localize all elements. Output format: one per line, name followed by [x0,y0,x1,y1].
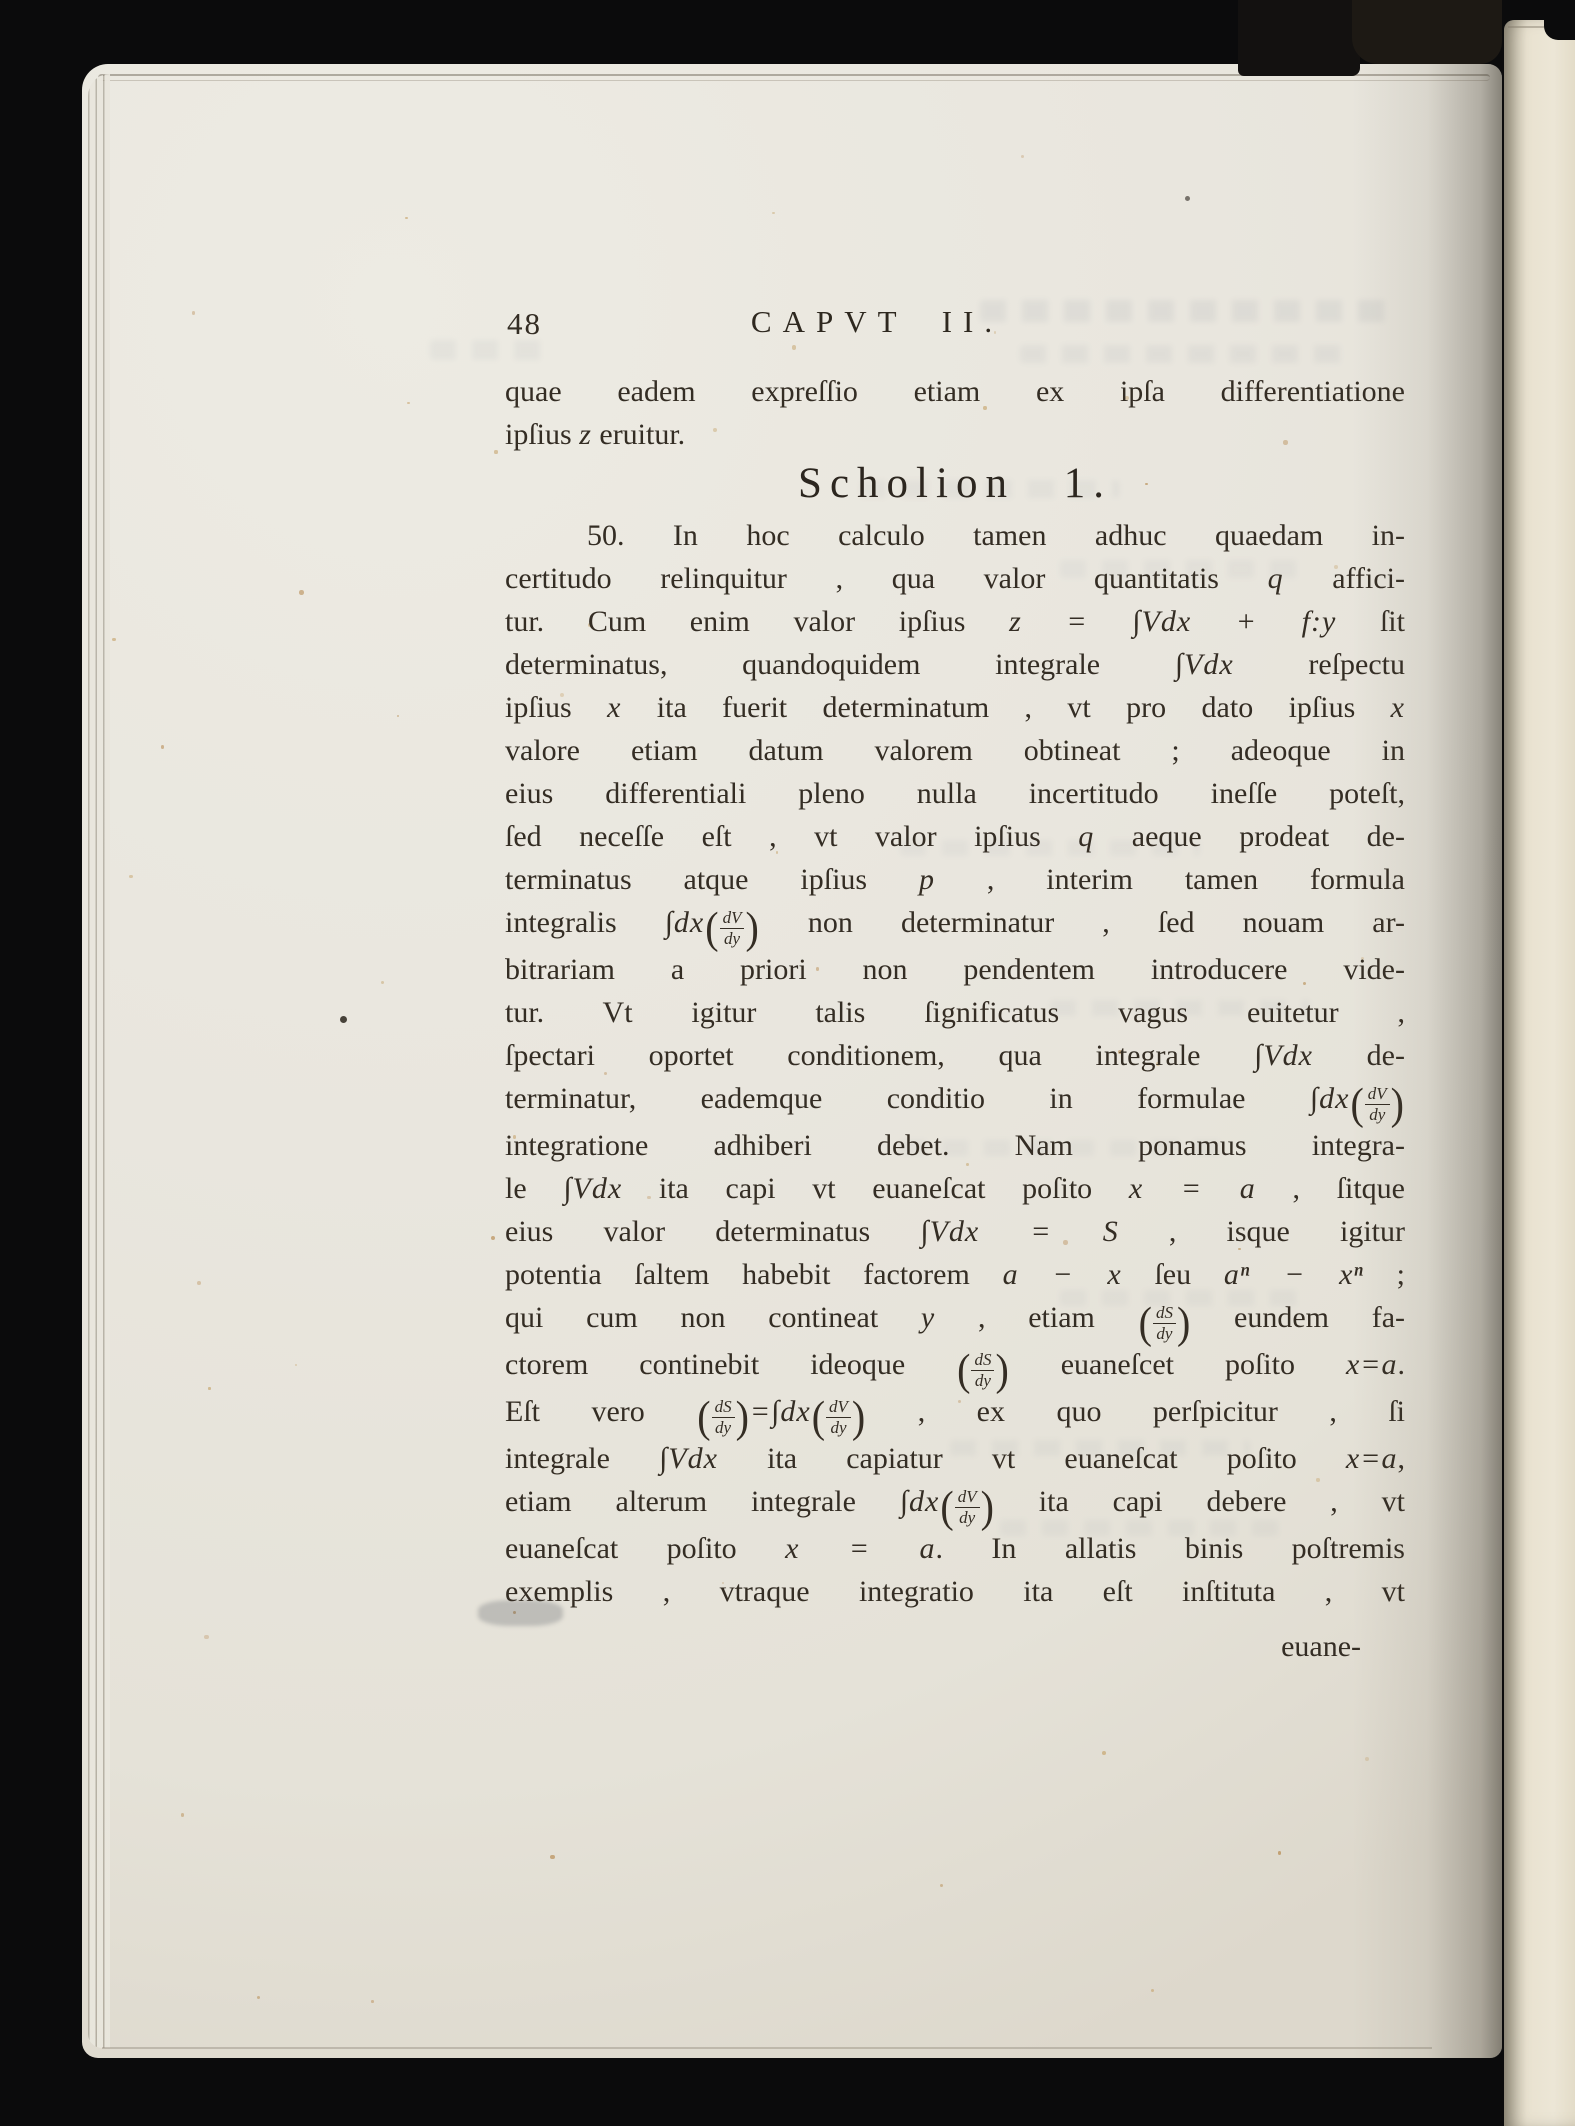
text-line: integralis ∫dx(dVdy) non determinatur , … [505,901,1405,948]
paren-open-icon: ( [939,1485,954,1530]
paper-speck [1278,1851,1281,1854]
paper-speck [204,1635,208,1639]
text-line: etiam alterum integrale ∫dx(dVdy) ita ca… [505,1480,1405,1527]
paper-speck [112,638,116,642]
text-line: eius valor determinatus ∫Vdx = S , isque… [505,1210,1405,1253]
text-line: ipſius x ita fuerit determinatum , vt pr… [505,686,1405,729]
fraction-denominator: dy [1156,1324,1172,1343]
text-line: certitudo relinquitur , qua valor quanti… [505,557,1405,600]
text-line: terminatur, eademque conditio in formula… [505,1077,1405,1124]
math-inline: y [921,1301,935,1334]
paper-speck [295,1364,297,1366]
fraction-numerator: dS [971,1351,994,1371]
math-inline: x = a [1129,1172,1256,1205]
text-block: 48 CAPVT II. quae eadem expreſſio etiam … [505,300,1405,1668]
section-heading: Scholion 1. [505,458,1405,510]
fraction-denominator: dy [715,1418,731,1437]
book-binding-fragment [1352,0,1502,64]
math-inline: ∫Vdx [563,1172,622,1205]
paper-speck [181,1813,184,1816]
text-line: qui cum non contineat y , etiam (dSdy) e… [505,1296,1405,1343]
fraction-stack: dSdy [1153,1304,1176,1343]
paren-close-icon: ) [994,1348,1009,1393]
fraction-stack: dVdy [955,1488,980,1527]
paper-speck [407,402,409,404]
text-line: euaneſcat poſito x = a. In allatis binis… [505,1527,1405,1570]
paren-open-icon: ( [1138,1301,1153,1346]
text-line: 50. In hoc calculo tamen adhuc quaedam i… [505,514,1405,557]
paper-speck [491,1236,495,1240]
catchword: euane- [505,1625,1405,1668]
fraction-stack: dSdy [712,1398,735,1437]
math-inline: ∫Vdx [1254,1039,1313,1072]
paper-speck [208,1387,210,1389]
paper-speck [299,590,303,594]
fraction-denominator: dy [975,1371,991,1390]
math-fraction: (dSdy) [956,1350,1010,1390]
paper-speck [161,745,165,749]
math-fraction: (dVdy) [939,1487,995,1527]
text-line: exemplis , vtraque integratio ita eſt in… [505,1570,1405,1613]
fraction-stack: dVdy [720,909,745,948]
book-page: 48 CAPVT II. quae eadem expreſſio etiam … [82,64,1502,2058]
math-inline: q [1078,820,1094,853]
paren-open-icon: ( [696,1395,711,1440]
math-inline: aⁿ − xⁿ [1224,1258,1364,1291]
math-fraction: (dSdy) [1138,1303,1192,1343]
paper-speck [494,450,497,453]
page-edge-bottom [102,2047,1432,2049]
math-inline: x = a [785,1532,935,1565]
paren-close-icon: ) [851,1395,866,1440]
fraction-stack: dVdy [826,1398,851,1437]
paper-speck [1102,1751,1106,1755]
text-line: integrale ∫Vdx ita capiatur vt euaneſcat… [505,1437,1405,1480]
fraction-numerator: dV [720,909,745,929]
book-cover-fragment [1238,0,1360,76]
math-inline: ∫dx [665,906,705,939]
math-inline: ∫Vdx [659,1442,718,1475]
adjacent-page-edge [1504,20,1575,2126]
math-inline: =∫dx [750,1395,811,1428]
gutter-shadow [1352,64,1502,2058]
math-inline: p [919,863,935,896]
math-inline: x [607,691,621,724]
ink-spot [340,1016,347,1023]
math-fraction: (dVdy) [704,908,760,948]
paper-speck [1151,1989,1154,1992]
paren-close-icon: ) [980,1485,995,1530]
math-inline: z [579,418,592,451]
fraction-numerator: dV [826,1398,851,1418]
paper-speck [129,875,132,878]
text-line: potentia ſaltem habebit factorem a − x ſ… [505,1253,1405,1296]
text-line: ſed neceſſe eſt , vt valor ipſius q aequ… [505,815,1405,858]
text-line: integratione adhiberi debet. Nam ponamus… [505,1124,1405,1167]
fraction-numerator: dV [955,1488,980,1508]
paper-speck [772,212,774,214]
fraction-denominator: dy [830,1418,846,1437]
fraction-stack: dSdy [971,1351,994,1390]
scanned-book-photo: { "page": { "number": "48", "header": "C… [0,0,1575,2126]
math-inline: ∫Vdx = S [920,1215,1118,1248]
math-fraction: (dSdy) [696,1397,750,1437]
paren-close-icon: ) [735,1395,750,1440]
math-inline: q [1268,562,1284,595]
ink-spot [1185,196,1190,201]
text-line: determinatus, quandoquidem integrale ∫Vd… [505,643,1405,686]
text-line: ipſius z eruitur. [505,413,1405,456]
intro-paragraph: quae eadem expreſſio etiam ex ipſa diffe… [505,370,1405,456]
background-corner [1544,0,1575,40]
body-paragraph: 50. In hoc calculo tamen adhuc quaedam i… [505,514,1405,1613]
text-line: eius differentiali pleno nulla incertitu… [505,772,1405,815]
page-edge-left [88,74,110,2048]
paper-speck [371,2000,374,2003]
math-inline: ∫dx [900,1485,940,1518]
paren-close-icon: ) [744,906,759,951]
math-inline: a − x [1003,1258,1122,1291]
paper-speck [550,1855,554,1859]
fraction-numerator: dS [1153,1304,1176,1324]
page-number: 48 [507,302,542,345]
paper-speck [397,715,399,717]
text-line: le ∫Vdx ita capi vt euaneſcat poſito x =… [505,1167,1405,1210]
paper-speck [1021,155,1024,158]
running-head: 48 CAPVT II. [505,300,1405,344]
chapter-header: CAPVT II. [751,300,1003,343]
text-line: tur. Cum enim valor ipſius z = ∫Vdx + f:… [505,600,1405,643]
text-line: terminatus atque ipſius p , interim tame… [505,858,1405,901]
paren-close-icon: ) [1176,1301,1191,1346]
text-line: bitrariam a priori non pendentem introdu… [505,948,1405,991]
paper-speck [192,311,196,315]
math-inline: ∫Vdx [1175,648,1234,681]
paren-open-icon: ( [811,1395,826,1440]
math-inline: ∫dx [1310,1082,1350,1115]
paper-speck [381,981,384,984]
text-line: valore etiam datum valorem obtineat ; ad… [505,729,1405,772]
paper-speck [257,1996,260,1999]
paper-speck [940,1884,944,1888]
math-inline: z = ∫Vdx + f:y [1009,605,1336,638]
fraction-numerator: dS [712,1398,735,1418]
fraction-denominator: dy [959,1508,975,1527]
paren-open-icon: ( [704,906,719,951]
paper-speck [405,217,407,219]
text-line: ctorem continebit ideoque (dSdy) euaneſc… [505,1343,1405,1390]
fraction-denominator: dy [724,929,740,948]
text-line: tur. Vt igitur talis ſignificatus vagus … [505,991,1405,1034]
text-line: Eſt vero (dSdy)=∫dx(dVdy) , ex quo perſp… [505,1390,1405,1437]
text-line: ſpectari oportet conditionem, qua integr… [505,1034,1405,1077]
text-line: quae eadem expreſſio etiam ex ipſa diffe… [505,370,1405,413]
paper-speck [197,1281,201,1285]
paren-open-icon: ( [956,1348,971,1393]
math-fraction: (dVdy) [811,1397,867,1437]
